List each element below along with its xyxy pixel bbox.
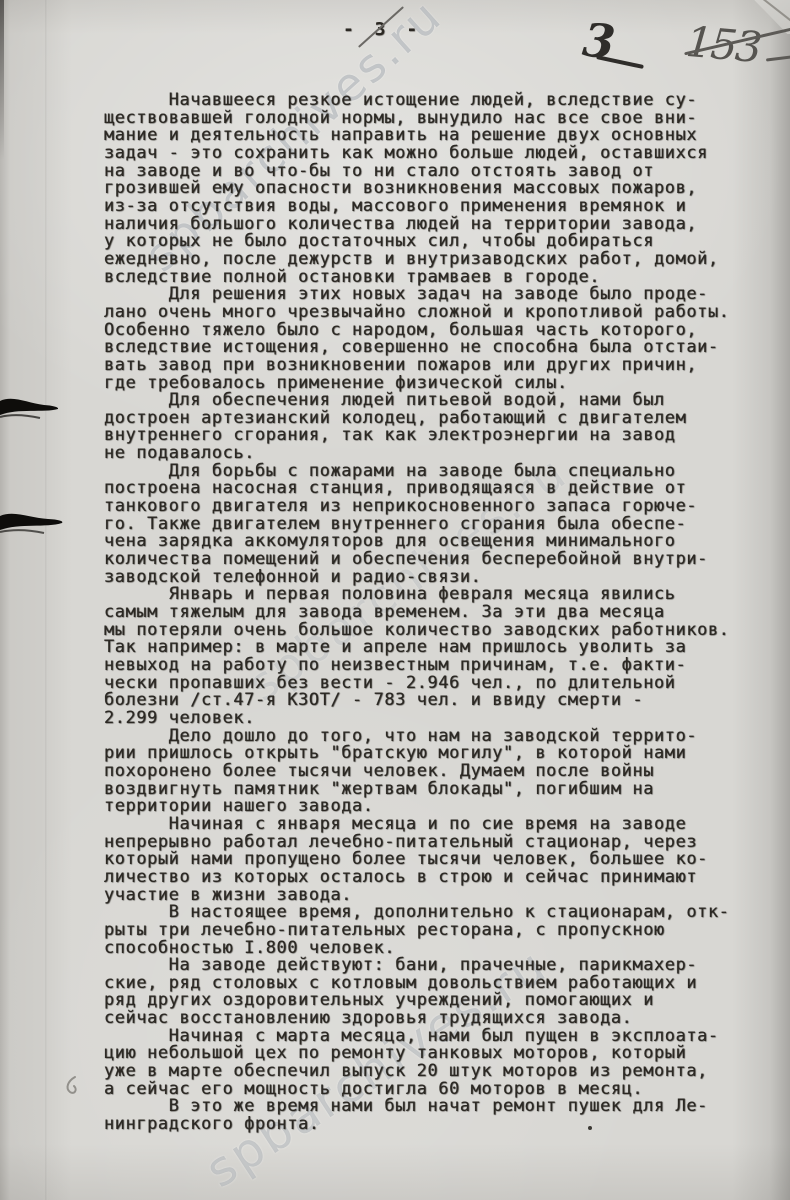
binding-thread-mark: [0, 505, 76, 541]
pencil-squiggle-mark: [62, 1074, 84, 1098]
folio-dash-mark: [766, 55, 790, 61]
document-line: рыты три лечебно-питательных ресторана, …: [104, 922, 764, 940]
document-line: нинградского фронта.: [104, 1116, 764, 1134]
binding-thread-mark: [0, 392, 70, 426]
typed-page-number: - 3 -: [343, 19, 422, 40]
typed-text-block: Начавшееся резкое истощение людей, вслед…: [104, 92, 764, 1134]
scan-edge-shadow: [0, 0, 4, 160]
document-line: похоронено более тысячи человек. Думаем …: [104, 763, 764, 781]
document-line: ежедневно, после дежурств и внутризаводс…: [104, 251, 764, 269]
document-line: задач - это сохранить как можно больше л…: [104, 145, 764, 163]
document-line: личество из которых осталось в строю и с…: [104, 869, 764, 887]
document-line: из-за отсутствия воды, массового примене…: [104, 198, 764, 216]
document-line: вать завод при возникновении пожаров или…: [104, 357, 764, 375]
document-line: невыход на работу по неизвестным причина…: [104, 657, 764, 675]
document-line: Начиная с января месяца и по сие время н…: [104, 816, 764, 834]
document-line: Начавшееся резкое истощение людей, вслед…: [104, 92, 764, 110]
document-line: 2.299 человек.: [104, 710, 764, 728]
scanned-document-page: { "header": { "typed_page_number": "- 3 …: [0, 0, 790, 1200]
paper-fold-crease: [45, 0, 48, 1200]
document-line: лано очень много чрезвычайно сложной и к…: [104, 304, 764, 322]
